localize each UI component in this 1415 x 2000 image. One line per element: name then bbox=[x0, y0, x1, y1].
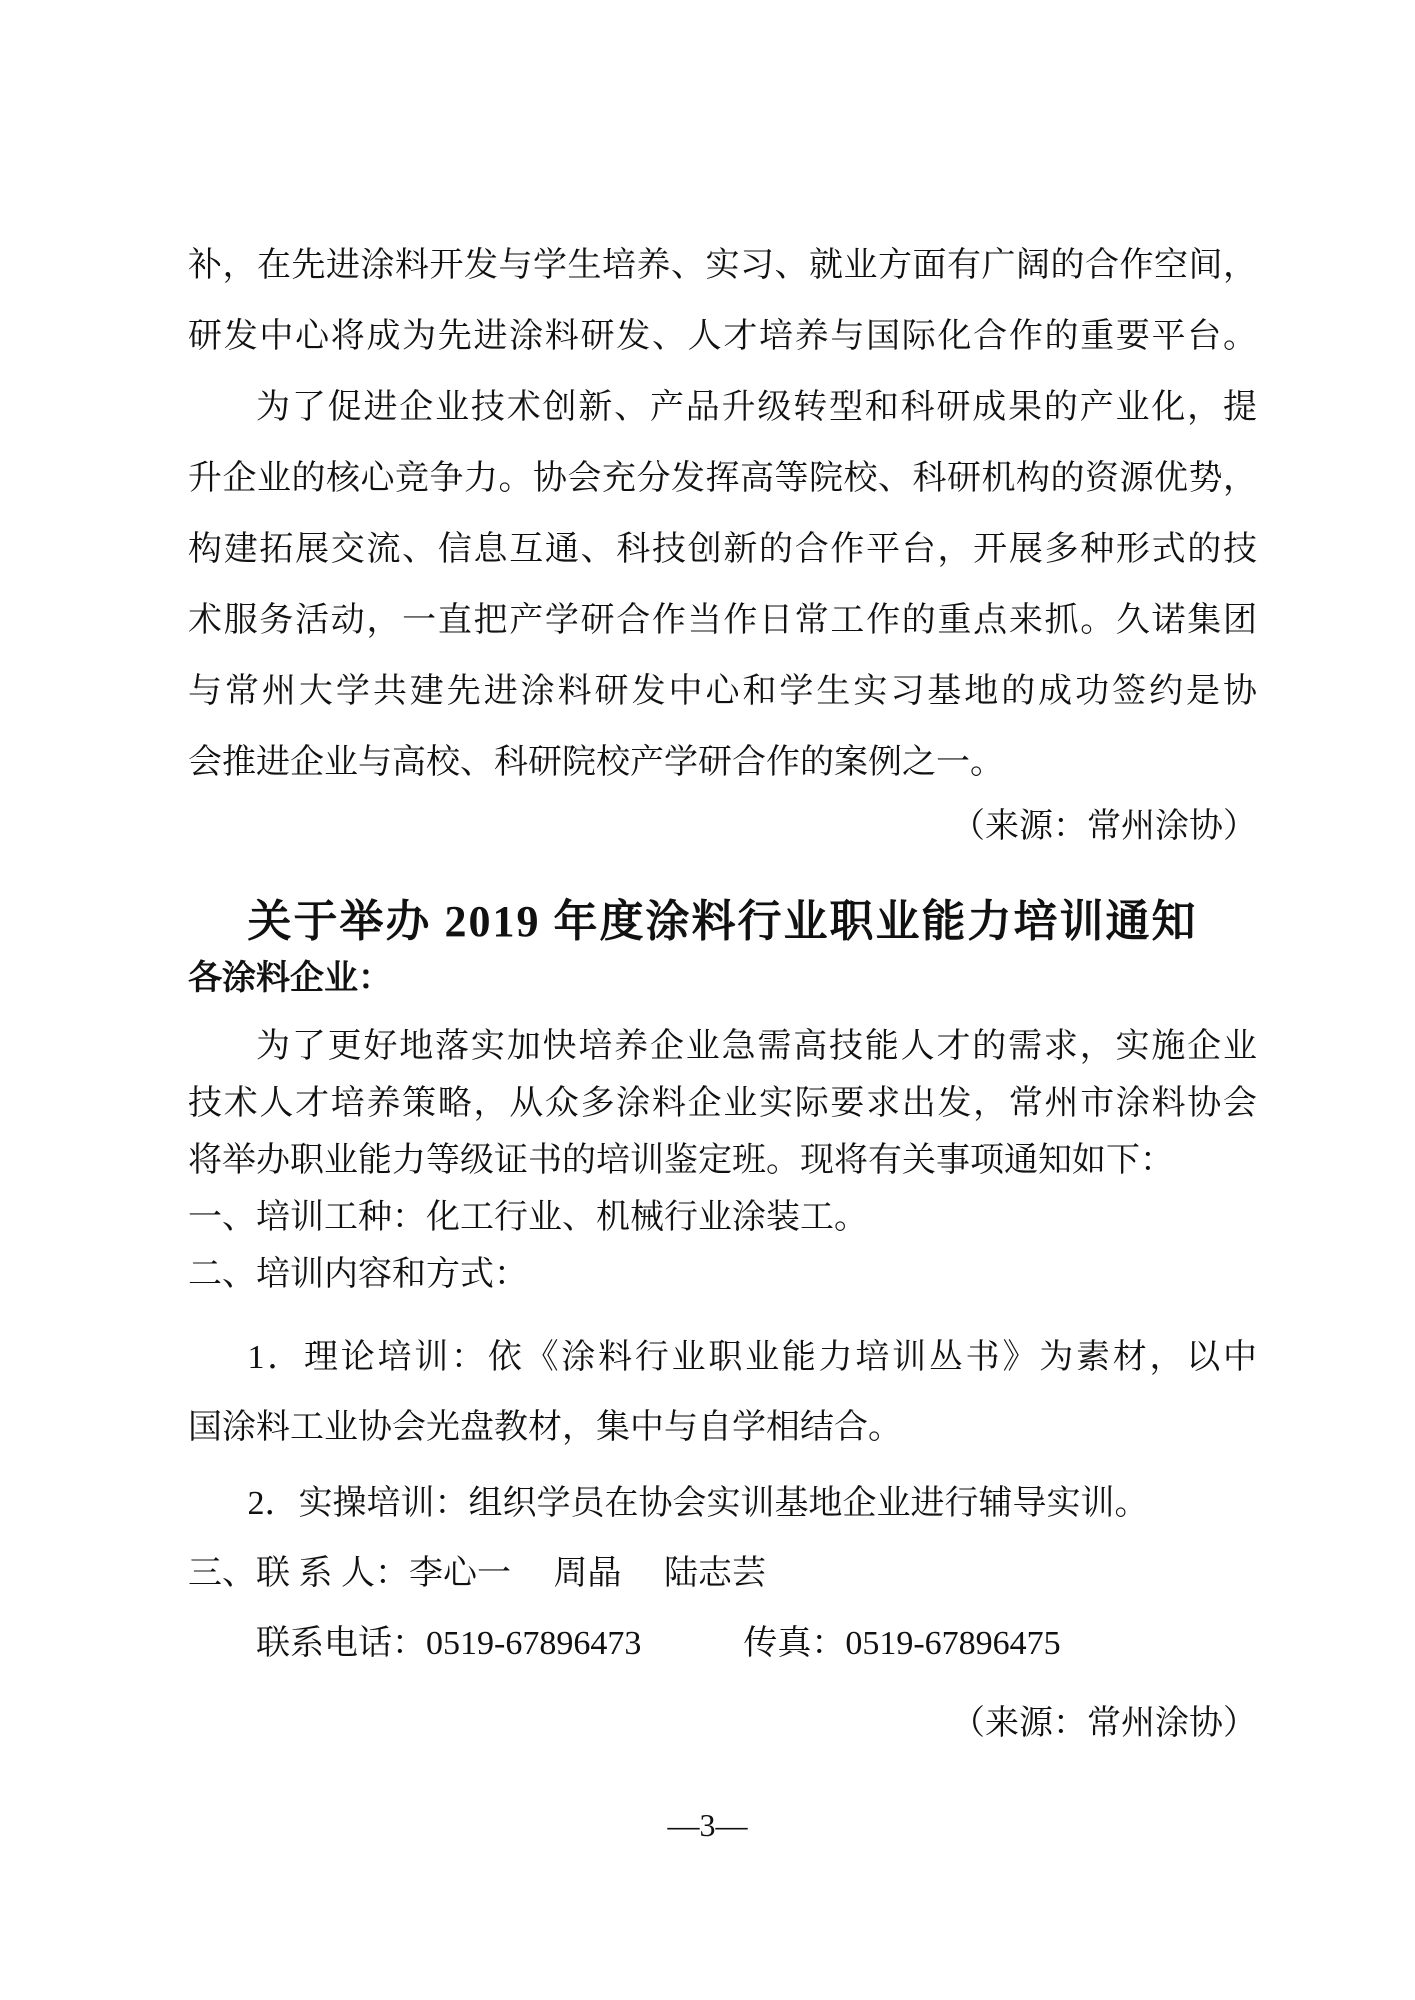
para1-line1: 补，在先进涂料开发与学生培养、实习、就业方面有广阔的合作空间， bbox=[188, 230, 1257, 301]
para2-line3: 构建拓展交流、信息互通、科技创新的合作平台，开展多种形式的技 bbox=[188, 514, 1257, 585]
page-number: —3— bbox=[0, 1800, 1415, 1850]
document-body: 补，在先进涂料开发与学生培养、实习、就业方面有广阔的合作空间，研发中心将成为先进… bbox=[188, 230, 1257, 1753]
item-2-1-line2: 国涂料工业协会光盘教材，集中与自学相结合。 bbox=[188, 1393, 1257, 1463]
item-2-header: 二、培训内容和方式： bbox=[188, 1246, 1257, 1303]
section-title: 关于举办 2019 年度涂料行业职业能力培训通知 bbox=[188, 890, 1257, 954]
item-2-2-line1: 2．实操培训：组织学员在协会实训基地企业进行辅导实训。 bbox=[188, 1469, 1257, 1539]
item-3-contacts: 三、联 系 人：李心一 周晶 陆志芸 bbox=[188, 1539, 1257, 1609]
item-2-1-line1: 1．理论培训：依《涂料行业职业能力培训丛书》为素材，以中 bbox=[188, 1323, 1257, 1393]
source-attribution-1: （来源：常州涂协） bbox=[188, 798, 1257, 856]
para3-line2: 技术人才培养策略，从众多涂料企业实际要求出发，常州市涂料协会 bbox=[188, 1075, 1257, 1132]
para2-line2: 升企业的核心竞争力。协会充分发挥高等院校、科研机构的资源优势， bbox=[188, 443, 1257, 514]
salutation: 各涂料企业： bbox=[188, 954, 1257, 1004]
para2-line4: 术服务活动，一直把产学研合作当作日常工作的重点来抓。久诺集团 bbox=[188, 585, 1257, 656]
para2-line5: 与常州大学共建先进涂料研发中心和学生实习基地的成功签约是协 bbox=[188, 656, 1257, 727]
document-page: 补，在先进涂料开发与学生培养、实习、就业方面有广阔的合作空间，研发中心将成为先进… bbox=[0, 0, 1415, 2000]
para1-line2: 研发中心将成为先进涂料研发、人才培养与国际化合作的重要平台。 bbox=[188, 301, 1257, 372]
para2-line1: 为了促进企业技术创新、产品升级转型和科研成果的产业化，提 bbox=[188, 372, 1257, 443]
para2-line6: 会推进企业与高校、科研院校产学研合作的案例之一。 bbox=[188, 727, 1257, 798]
para3-line3: 将举办职业能力等级证书的培训鉴定班。现将有关事项通知如下： bbox=[188, 1132, 1257, 1189]
source-attribution-2: （来源：常州涂协） bbox=[188, 1695, 1257, 1753]
para3-line1: 为了更好地落实加快培养企业急需高技能人才的需求，实施企业 bbox=[188, 1018, 1257, 1075]
item-1-trades: 一、培训工种：化工行业、机械行业涂装工。 bbox=[188, 1189, 1257, 1246]
contact-phone-fax: 联系电话：0519-67896473 传真：0519-67896475 bbox=[188, 1609, 1257, 1679]
